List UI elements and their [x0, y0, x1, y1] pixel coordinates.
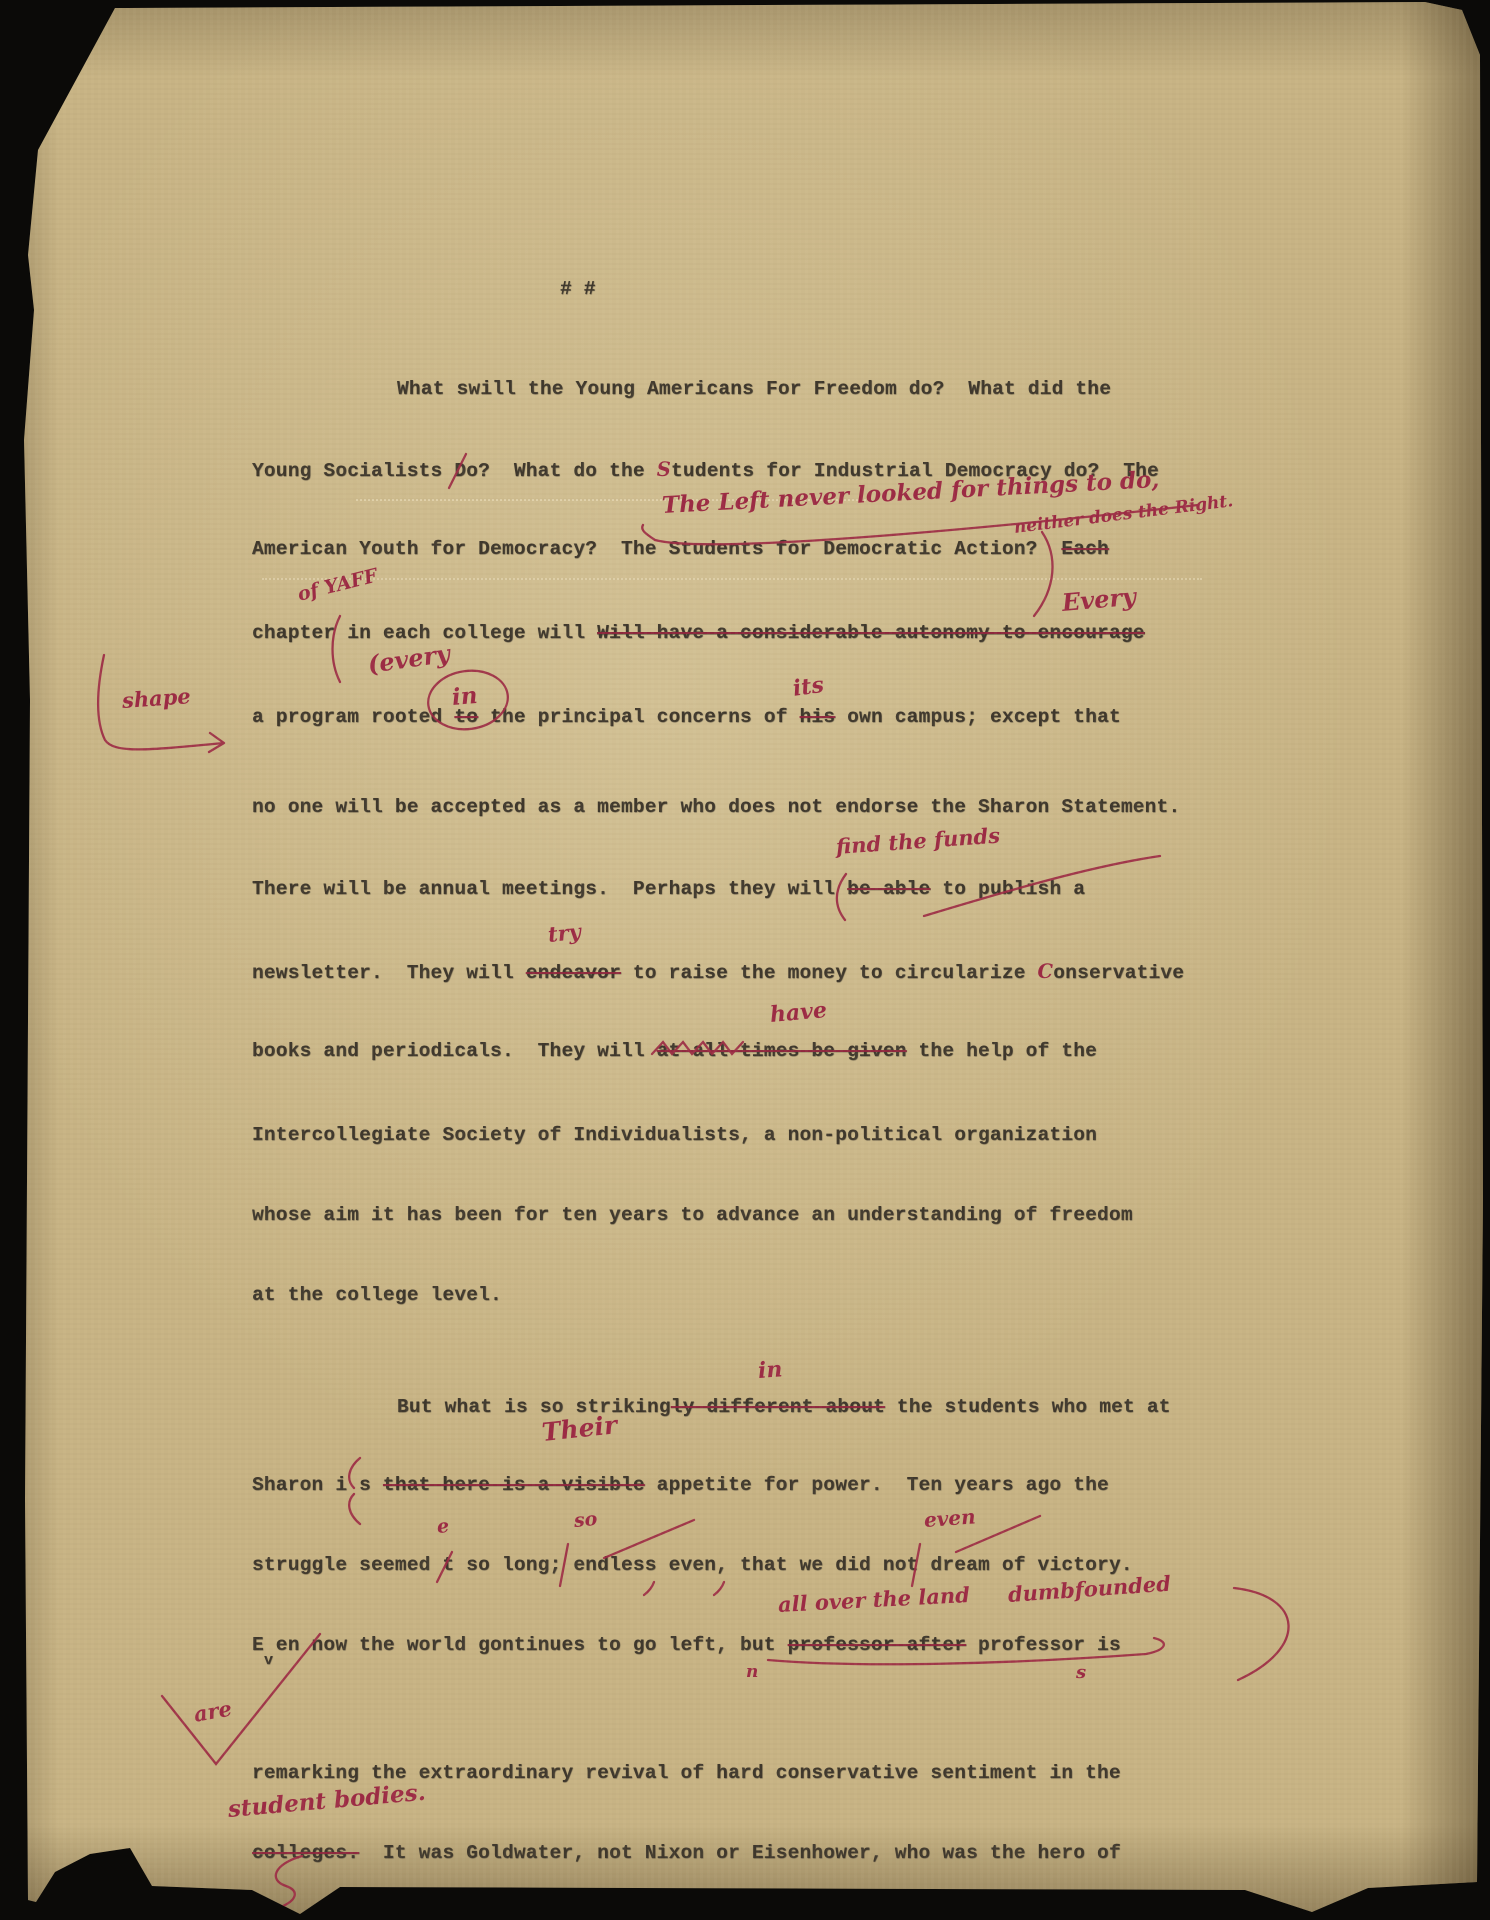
typed-line-10: Intercollegiate Society of Individualist…: [252, 1124, 1097, 1146]
photograph-of-manuscript: # # What swill the Young Americans For F…: [0, 0, 1490, 1920]
typed-text: remarking the extraordinary revival of h…: [252, 1762, 1121, 1784]
typed-line-8: newsletter. They will endeavor to raise …: [252, 960, 1184, 984]
annotation-s-added: s: [1076, 1662, 1086, 1683]
annotation-e-correction: e: [436, 1515, 450, 1538]
struck-phrase-ly-different: ly different about: [671, 1396, 885, 1418]
typed-line-17: remarking the extraordinary revival of h…: [252, 1762, 1121, 1784]
typed-text: There will be annual meetings. Perhaps t…: [252, 878, 847, 900]
typed-text: no one will be accepted as a member who …: [252, 796, 1180, 818]
annotation-student-bodies: student bodies.: [227, 1779, 427, 1823]
annotation-n-caret: n: [746, 1662, 758, 1682]
slashed-letter-t: t: [442, 1554, 454, 1576]
annotation-in-striking: in: [757, 1356, 783, 1384]
typed-line-4: chapter in each college will Will have a…: [252, 622, 1145, 644]
typed-line-13: But what is so strikingly different abou…: [397, 1396, 1171, 1418]
perforation-dots-row: [262, 578, 1202, 580]
typed-line-7: There will be annual meetings. Perhaps t…: [252, 878, 1085, 900]
typed-text: the students who met at: [885, 1396, 1171, 1418]
typed-line-11: whose aim it has been for ten years to a…: [252, 1204, 1133, 1226]
typed-text: own campus; except that: [835, 706, 1121, 728]
typed-line-18: colleges. It was Goldwater, not Nixon or…: [252, 1842, 1121, 1864]
typed-line-9: books and periodicals. They will at all …: [252, 1040, 1097, 1062]
typed-text: Young Socialists: [252, 460, 454, 482]
annotation-shape-margin-note: shape: [121, 683, 191, 713]
typed-line-12: at the college level.: [252, 1284, 502, 1306]
annotation-every-capital: Every: [1061, 582, 1137, 617]
manuscript-paper: # # What swill the Young Americans For F…: [0, 0, 1490, 1920]
struck-word-his: his: [800, 706, 836, 728]
typed-subscript-v: v: [264, 1652, 273, 1669]
handwritten-capital-S: S: [657, 458, 671, 481]
annotation-in-circled: in: [451, 682, 479, 711]
annotation-dumbfounded: dumbfounded: [1007, 1571, 1172, 1607]
typed-line-15: struggle seemed t so long; endless even,…: [252, 1554, 1133, 1576]
struck-phrase-that-here: that here is a visible: [383, 1474, 645, 1496]
typed-text: o? What do the: [466, 460, 656, 482]
comma-after-endless-stroke: [644, 1582, 654, 1595]
struck-phrase-at-all-times: at all times be given: [657, 1040, 907, 1062]
lowercased-letter-D: D: [454, 460, 466, 482]
annotation-its: its: [791, 672, 825, 702]
typed-text: appetite for power. Ten years ago the: [645, 1474, 1109, 1496]
typed-text: professor is: [966, 1634, 1121, 1656]
struck-phrase-professor-after: professor after: [788, 1634, 967, 1656]
typed-text: the help of the: [907, 1040, 1097, 1062]
typed-text: struggle seemed: [252, 1554, 442, 1576]
typed-line-3: American Youth for Democracy? The Studen…: [252, 538, 1109, 560]
typed-text: But what is so striking: [397, 1396, 671, 1418]
typed-text: It was Goldwater, not Nixon or Eisenhowe…: [359, 1842, 1121, 1864]
typed-text: so long; endless even, that we did not d…: [454, 1554, 1132, 1576]
typed-text: books and periodicals. They will: [252, 1040, 657, 1062]
annotation-find-the-funds: find the funds: [835, 823, 1001, 859]
typed-line-6: no one will be accepted as a member who …: [252, 796, 1180, 818]
page-end-marks: # #: [560, 278, 596, 300]
struck-word-endeavor: endeavor: [526, 962, 621, 984]
typed-text: Intercollegiate Society of Individualist…: [252, 1124, 1097, 1146]
annotation-try: try: [547, 919, 582, 947]
annotation-have: have: [769, 997, 828, 1028]
typed-text: to publish a: [930, 878, 1085, 900]
typed-text: the principal concerns of: [478, 706, 799, 728]
typed-text: E en now the world gontinues to go left,…: [252, 1634, 788, 1656]
struck-phrase-autonomy: Will have a considerable autonomy to enc…: [597, 622, 1145, 644]
comma-after-even-stroke: [714, 1582, 724, 1595]
typed-line-1: What swill the Young Americans For Freed…: [397, 378, 1111, 400]
annotation-even-insert: even: [923, 1504, 976, 1532]
typed-text: chapter in each college will: [252, 622, 597, 644]
arc-after-dumbfounded-stroke: [1234, 1588, 1289, 1680]
typed-text: Sharon i s: [252, 1474, 383, 1496]
typed-line-14: Sharon i s that here is a visible appeti…: [252, 1474, 1109, 1496]
typed-line-5: a program rooted to the principal concer…: [252, 706, 1121, 728]
typed-text: at the college level.: [252, 1284, 502, 1306]
typed-text: American Youth for Democracy? The Studen…: [252, 538, 1061, 560]
typed-text: a program rooted: [252, 706, 454, 728]
typed-text: onservative: [1053, 962, 1184, 984]
annotation-so-insert: so: [573, 1508, 598, 1532]
struck-word-colleges: colleges.: [252, 1842, 359, 1864]
struck-phrase-be-able: be able: [847, 878, 930, 900]
typed-line-16: E en now the world gontinues to go left,…: [252, 1634, 1121, 1656]
typed-text: to raise the money to circularize: [621, 962, 1038, 984]
annotation-all-over-the-land: all over the land: [777, 1582, 970, 1617]
handwritten-capital-C: C: [1038, 960, 1054, 983]
typed-text: whose aim it has been for ten years to a…: [252, 1204, 1133, 1226]
typed-text: newsletter. They will: [252, 962, 526, 984]
struck-word-each: Each: [1061, 538, 1109, 560]
annotation-are-margin: are: [192, 1696, 234, 1727]
annotation-every-lowercase: (every: [366, 639, 452, 679]
annotation-of-yaff: of YAFF: [295, 565, 379, 606]
typed-text: What swill the Young Americans For Freed…: [397, 378, 1111, 400]
